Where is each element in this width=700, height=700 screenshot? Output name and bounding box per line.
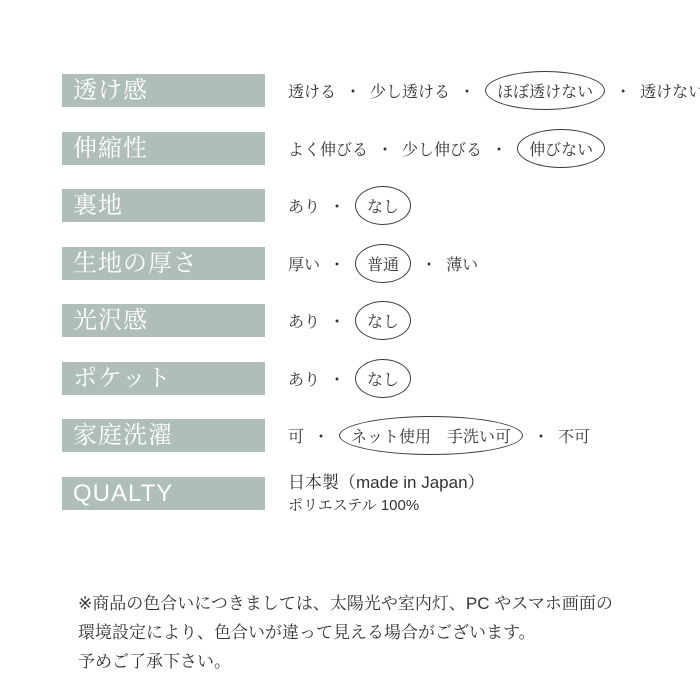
options-row: あり・なし xyxy=(288,301,412,340)
options-row: 透ける・少し透ける・ほぼ透けない・透けない xyxy=(288,71,700,110)
option: 不可 xyxy=(558,424,590,447)
option: 薄い xyxy=(446,252,478,275)
option: あり xyxy=(288,367,320,390)
option: 透ける xyxy=(288,79,336,102)
footnote-line: 予めご了承下さい。 xyxy=(78,647,613,676)
separator-dot: ・ xyxy=(421,252,437,275)
spec-row-quality: QUALTY 日本製（made in Japan） ポリエステル 100% xyxy=(62,477,700,510)
separator-dot: ・ xyxy=(329,367,345,390)
option: 透けない xyxy=(640,79,700,102)
spec-row-washing: 家庭洗濯 可・ネット使用 手洗い可・不可 xyxy=(62,419,700,452)
spec-table: 透け感 透ける・少し透ける・ほぼ透けない・透けない 伸縮性 よく伸びる・少し伸び… xyxy=(62,74,700,534)
separator-dot: ・ xyxy=(329,309,345,332)
product-spec-sheet: 透け感 透ける・少し透ける・ほぼ透けない・透けない 伸縮性 よく伸びる・少し伸び… xyxy=(0,0,700,700)
spec-label: ポケット xyxy=(62,362,265,395)
quality-material: ポリエステル 100% xyxy=(288,495,485,517)
separator-dot: ・ xyxy=(615,79,631,102)
spec-label: QUALTY xyxy=(62,477,265,510)
spec-label: 伸縮性 xyxy=(62,132,265,165)
option: 少し透ける xyxy=(370,79,450,102)
footnote-line: 環境設定により、色合いが違って見える場合がございます。 xyxy=(78,618,613,647)
separator-dot: ・ xyxy=(377,137,393,160)
spec-row-gloss: 光沢感 あり・なし xyxy=(62,304,700,337)
option: 少し伸びる xyxy=(402,137,482,160)
options-row: あり・なし xyxy=(288,359,412,398)
footnote-line: ※商品の色合いにつきましては、太陽光や室内灯、PC やスマホ画面の xyxy=(78,589,613,618)
option-selected: なし xyxy=(355,301,411,340)
option: 可 xyxy=(288,424,304,447)
separator-dot: ・ xyxy=(345,79,361,102)
quality-origin: 日本製（made in Japan） xyxy=(288,470,485,495)
option: 厚い xyxy=(288,252,320,275)
option-selected: なし xyxy=(355,186,411,225)
quality-text: 日本製（made in Japan） ポリエステル 100% xyxy=(288,470,485,517)
separator-dot: ・ xyxy=(313,424,329,447)
separator-dot: ・ xyxy=(533,424,549,447)
footnote: ※商品の色合いにつきましては、太陽光や室内灯、PC やスマホ画面の 環境設定によ… xyxy=(78,589,613,676)
option-selected: ネット使用 手洗い可 xyxy=(339,416,523,455)
options-row: 厚い・普通・薄い xyxy=(288,244,478,283)
option-selected: ほぼ透けない xyxy=(485,71,605,110)
spec-label: 裏地 xyxy=(62,189,265,222)
spec-row-pocket: ポケット あり・なし xyxy=(62,362,700,395)
options-row: あり・なし xyxy=(288,186,412,225)
option: あり xyxy=(288,194,320,217)
option-selected: 普通 xyxy=(355,244,411,283)
spec-row-stretch: 伸縮性 よく伸びる・少し伸びる・伸びない xyxy=(62,132,700,165)
option: よく伸びる xyxy=(288,137,368,160)
spec-row-lining: 裏地 あり・なし xyxy=(62,189,700,222)
spec-label: 生地の厚さ xyxy=(62,247,265,280)
option-selected: なし xyxy=(355,359,411,398)
spec-row-sheerness: 透け感 透ける・少し透ける・ほぼ透けない・透けない xyxy=(62,74,700,107)
separator-dot: ・ xyxy=(491,137,507,160)
options-row: よく伸びる・少し伸びる・伸びない xyxy=(288,129,606,168)
option: あり xyxy=(288,309,320,332)
spec-row-thickness: 生地の厚さ 厚い・普通・薄い xyxy=(62,247,700,280)
options-row: 可・ネット使用 手洗い可・不可 xyxy=(288,416,590,455)
separator-dot: ・ xyxy=(329,194,345,217)
separator-dot: ・ xyxy=(329,252,345,275)
spec-label: 光沢感 xyxy=(62,304,265,337)
option-selected: 伸びない xyxy=(517,129,605,168)
separator-dot: ・ xyxy=(459,79,475,102)
spec-label: 透け感 xyxy=(62,74,265,107)
spec-label: 家庭洗濯 xyxy=(62,419,265,452)
